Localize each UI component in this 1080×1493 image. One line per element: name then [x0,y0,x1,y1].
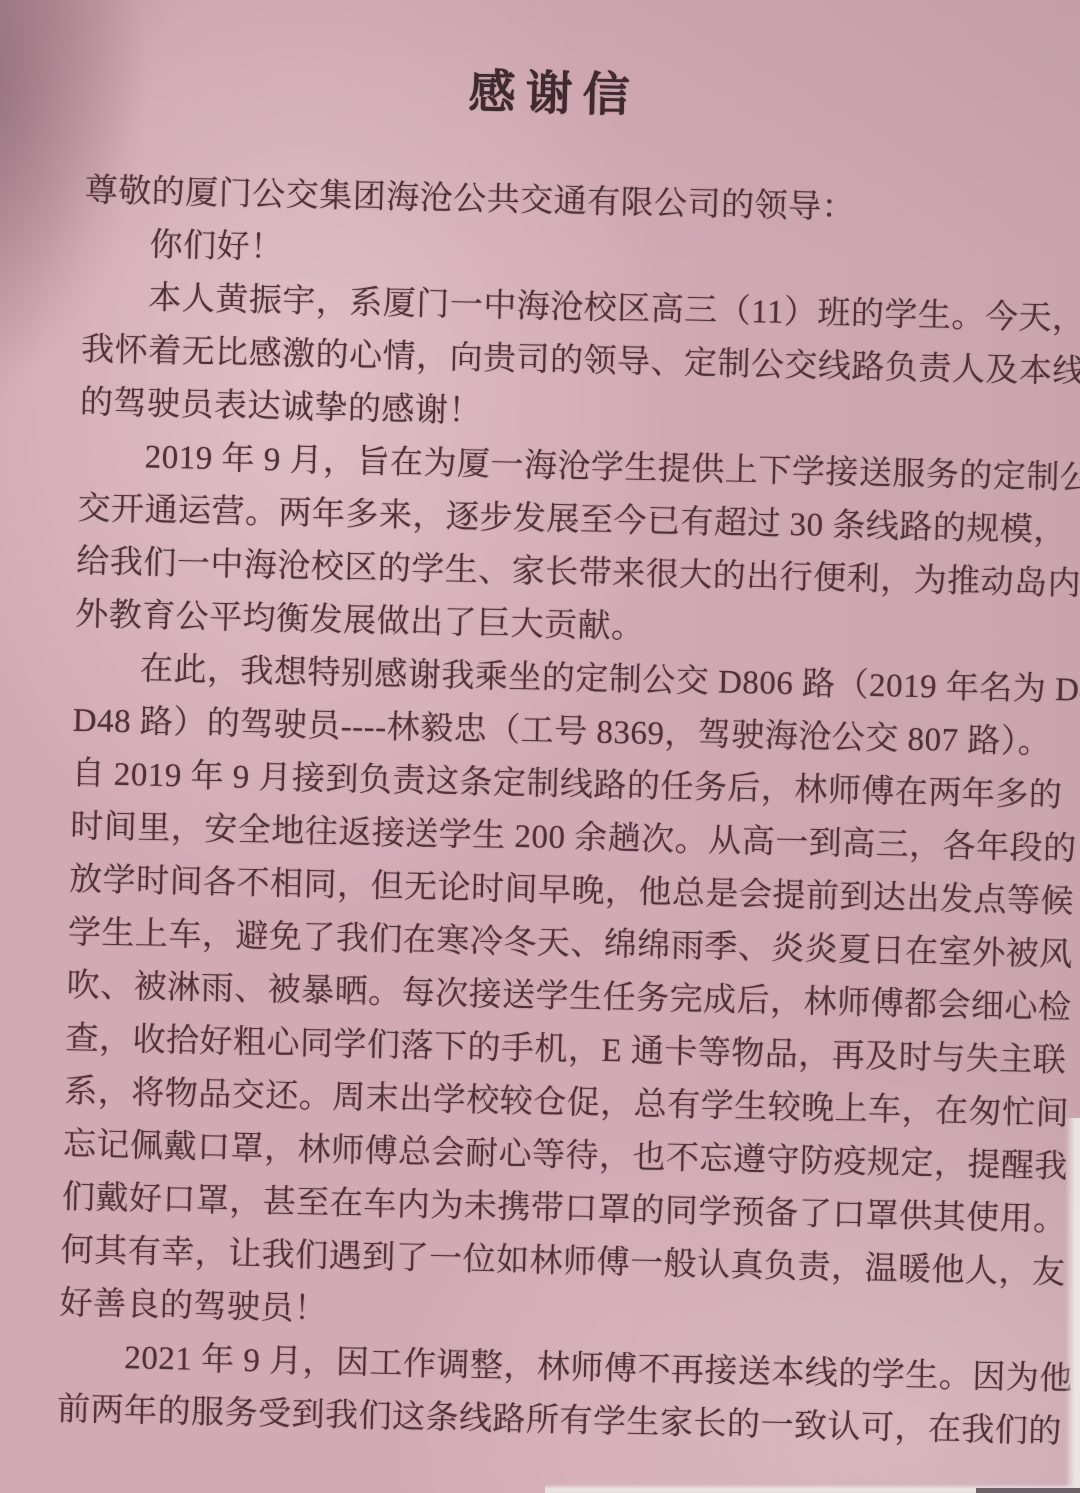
letter-photo: 感谢信 尊敬的厦门公交集团海沧公共交通有限公司的领导： 你们好！ 本人黄振宇，系… [0,0,1080,1493]
photo-glare-strip-right [1065,1118,1080,1493]
letter-title: 感谢信 [87,46,1022,134]
letter-content: 感谢信 尊敬的厦门公交集团海沧公共交通有限公司的领导： 你们好！ 本人黄振宇，系… [0,0,1080,1459]
photo-shadow-corner [976,1488,1080,1493]
